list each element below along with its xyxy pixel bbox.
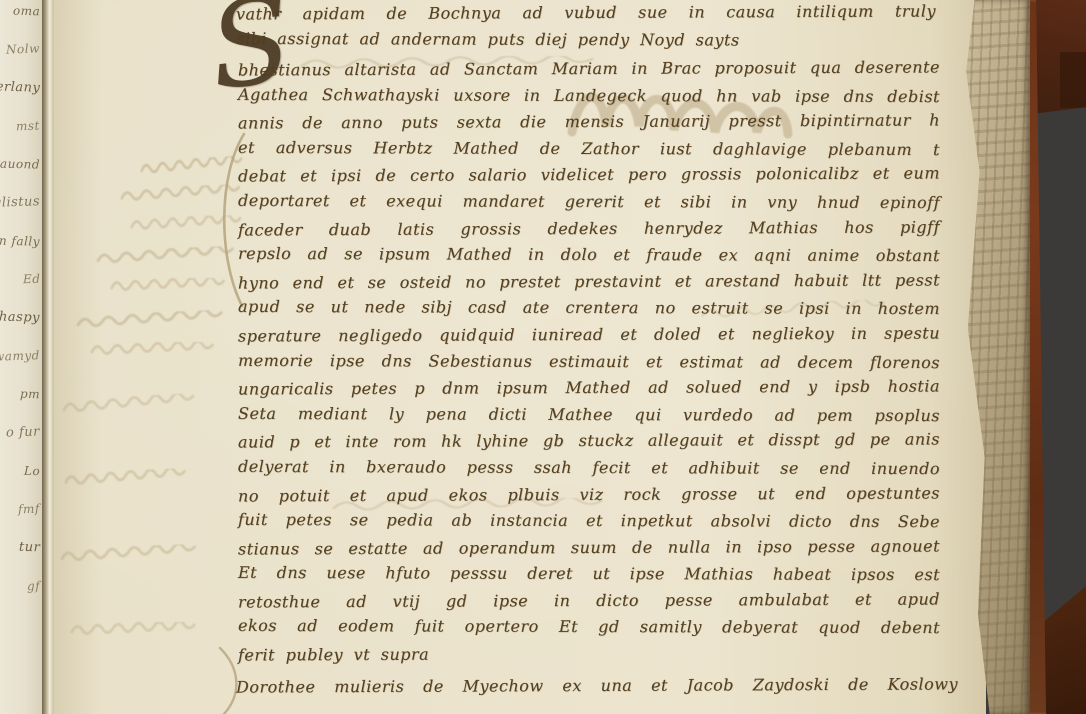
manuscript-text-line: memorie ipse dns Sebestianus estimauit e… — [238, 350, 940, 379]
manuscript-text-line: hyno end et se osteid no prestet prestav… — [238, 270, 940, 300]
text-fragment: o fur — [6, 424, 40, 440]
manuscript-text-line: auid p et inte rom hk lyhine gb stuckz a… — [238, 430, 940, 460]
showthrough-mark — [76, 309, 242, 331]
entry-dorothee-begin: Dorothee mulieris de Myechow ex una et J… — [236, 676, 958, 703]
manuscript-text-line: ekos ad eodem fuit opertero Et gd samitl… — [238, 616, 940, 645]
manuscript-text-line: Seta mediant ly pena dicti Mathee qui vu… — [238, 404, 940, 433]
text-fragment: Pauond — [0, 156, 40, 171]
showthrough-mark — [60, 543, 214, 564]
text-fragment: ein fally — [0, 233, 40, 248]
manuscript-text-line: sibi assignat ad andernam puts diej pend… — [236, 28, 936, 57]
manuscript-text-line: stianus se estatte ad operandum suum de … — [238, 536, 940, 566]
manuscript-text-line: Agathea Schwathayski uxsore in Landegeck… — [238, 84, 940, 113]
text-fragment: Lo — [24, 464, 41, 478]
entry-closing-lines: vathr apidam de Bochnya ad vubud sue in … — [236, 3, 936, 56]
manuscript-text-line: bhestianus altarista ad Sanctam Mariam i… — [238, 57, 940, 87]
manuscript-text-line: sperature negligedo quidquid iuniread et… — [238, 323, 940, 353]
text-fragment: wamyd — [0, 348, 40, 364]
text-fragment: gf — [27, 579, 41, 593]
text-fragment: oma — [13, 4, 41, 19]
entry-sebastianus-altarista: bhestianus altarista ad Sanctam Mariam i… — [238, 59, 940, 671]
cover-shadow-notch — [1060, 52, 1086, 108]
manuscript-text-line: Dorothee mulieris de Myechow ex una et J… — [236, 674, 958, 704]
manuscript-page: S vathr apidam de Bochnya ad vubud sue i… — [54, 0, 986, 714]
text-fragment: berlany — [0, 79, 40, 95]
manuscript-text-line: annis de anno puts sexta die mensis Janu… — [238, 111, 940, 141]
manuscript-text-line: fuit petes se pedia ab instancia et inpe… — [238, 510, 940, 539]
manuscript-text-line: vathr apidam de Bochnya ad vubud sue in … — [236, 1, 936, 31]
manuscript-text-line: ferit publey vt supra — [238, 643, 940, 673]
text-fragment: mst — [16, 119, 40, 134]
text-fragment: tur — [18, 540, 40, 556]
manuscript-text-line: deportaret et exequi mandaret gererit et… — [238, 191, 940, 220]
manuscript-text-line: delyerat in bxeraudo pesss ssah fecit et… — [238, 457, 940, 486]
text-fragment: glistus — [0, 194, 40, 211]
manuscript-text-line: apud se ut nede sibj casd ate crentera n… — [238, 297, 940, 326]
text-fragment: pm — [20, 387, 40, 402]
manuscript-text-line: ungaricalis petes p dnm ipsum Mathed ad … — [238, 377, 940, 407]
manuscript-text-line: repslo ad se ipsum Mathed in dolo et fra… — [238, 244, 940, 273]
facing-page-text-fragments: omaNolwberlanymstPauondglistusein fallyE… — [0, 4, 40, 593]
manuscript-text-line: debat et ipsi de certo salario videlicet… — [238, 164, 940, 194]
manuscript-text-line: Et dns uese hfuto pesssu deret ut ipse M… — [238, 563, 940, 592]
showthrough-mark — [70, 622, 212, 638]
manuscript-text-line: et adversus Herbtz Mathed de Zathor iust… — [238, 138, 940, 167]
showthrough-mark — [64, 468, 202, 489]
text-fragment: Ed — [22, 272, 40, 287]
showthrough-mark — [62, 392, 213, 416]
manuscript-photo: omaNolwberlanymstPauondglistusein fallyE… — [0, 0, 1086, 714]
manuscript-text-line: retosthue ad vtij gd ipse in dicto pesse… — [238, 589, 940, 619]
text-fragment: Nolw — [6, 41, 40, 56]
text-fragment: fmf — [18, 502, 40, 517]
text-fragment: haspy — [0, 309, 40, 325]
manuscript-text-line: no potuit et apud ekos plbuis viz rock g… — [238, 483, 940, 513]
showthrough-mark — [90, 342, 230, 358]
facing-page-edge: omaNolwberlanymstPauondglistusein fallyE… — [0, 0, 42, 714]
book-cover-top-right — [1030, 0, 1086, 114]
manuscript-text-line: faceder duab latis grossis dedekes henry… — [238, 217, 940, 247]
